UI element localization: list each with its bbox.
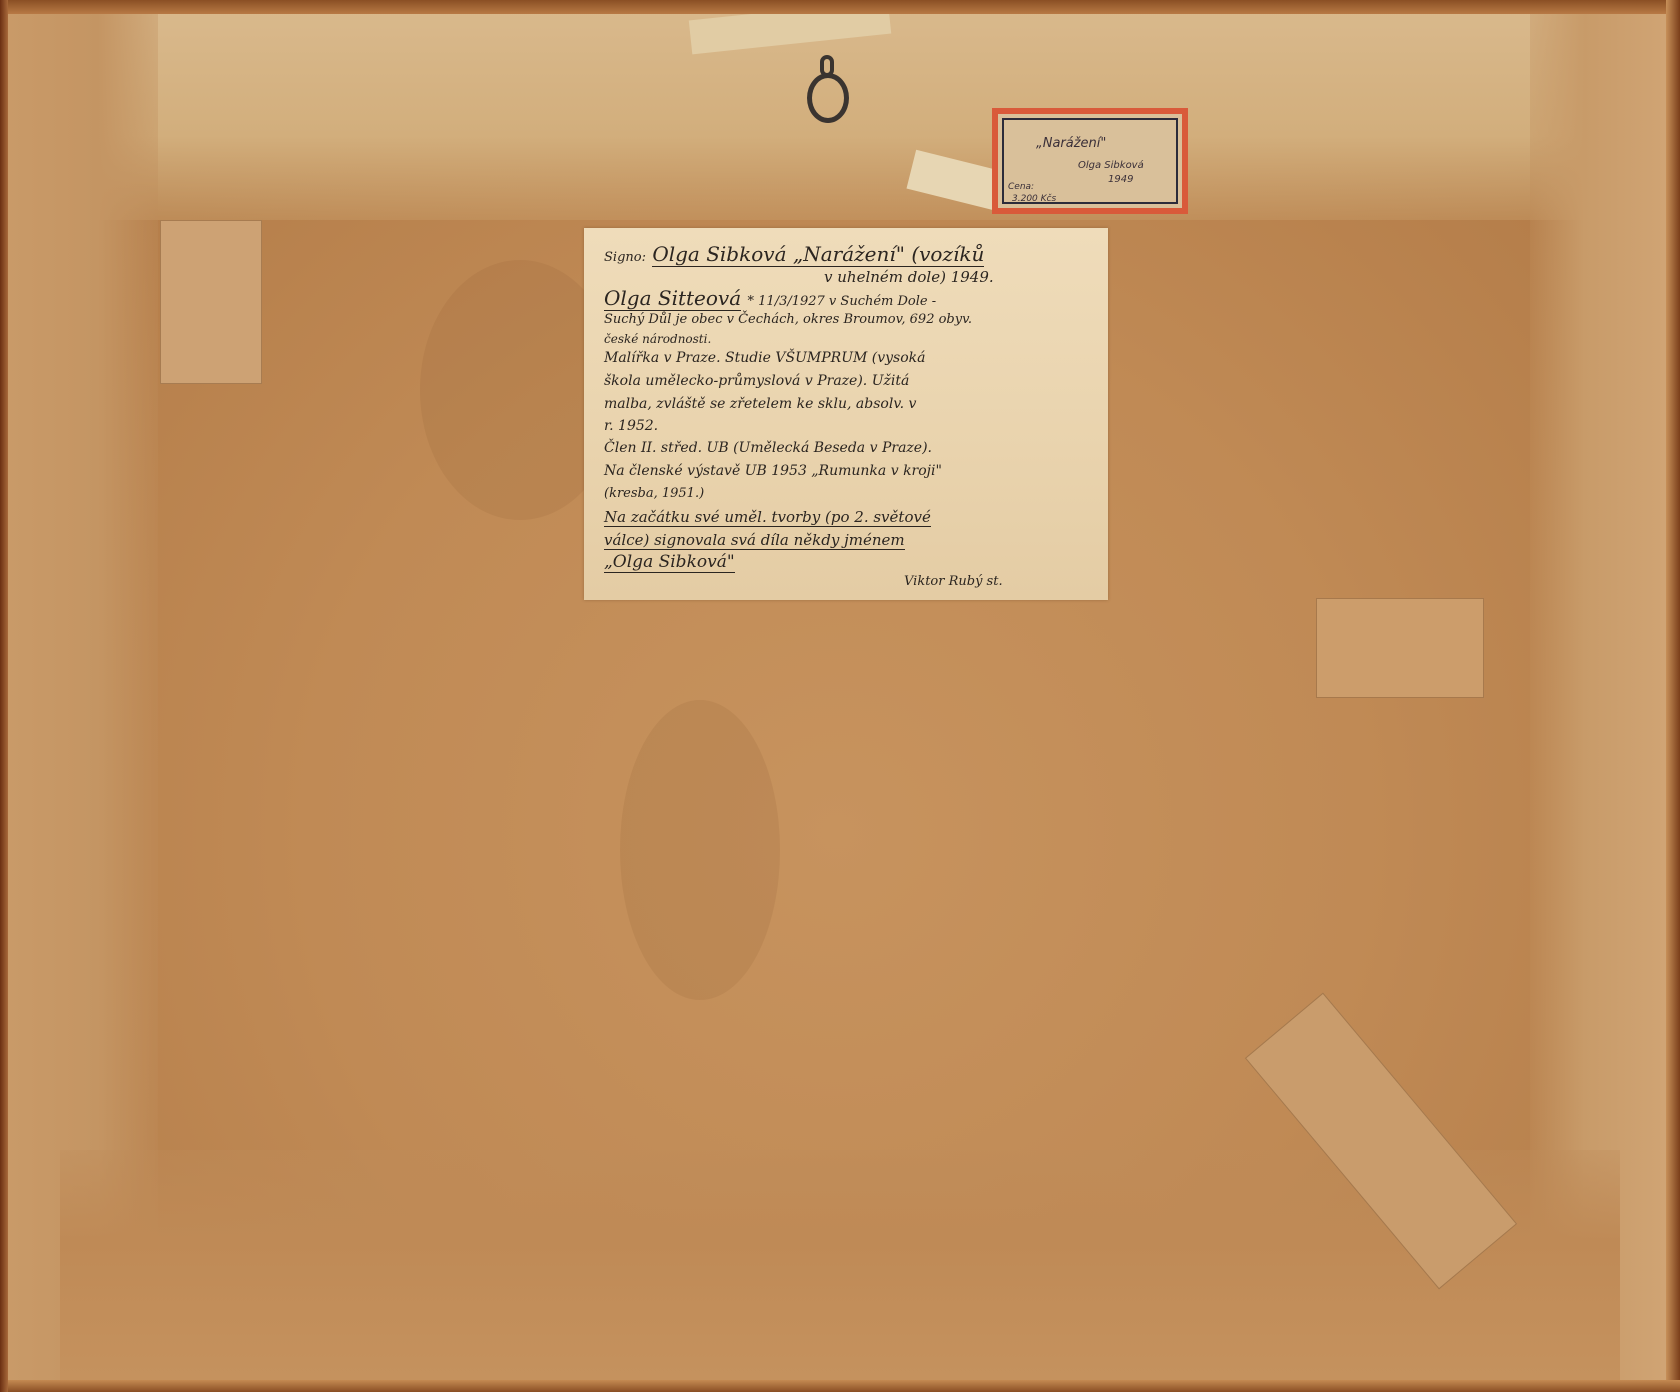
- note-line-3: Olga Sitteová * 11/3/1927 v Suchém Dole …: [604, 286, 936, 310]
- note-line-11: Na členské výstavě UB 1953 „Rumunka v kr…: [604, 463, 942, 479]
- handwritten-note: Signo: Olga Sibková „Narážení" (vozíků v…: [584, 228, 1108, 600]
- price-label: „Narážení" Olga Sibková 1949 Cena: 3.200…: [992, 108, 1188, 214]
- note-line-10: Člen II. střed. UB (Umělecká Beseda v Pr…: [604, 440, 932, 456]
- frame-top-edge: [0, 0, 1680, 14]
- note-line-7: škola umělecko-průmyslová v Praze). Užit…: [604, 373, 909, 389]
- ring-hanger-icon: [803, 55, 859, 135]
- paper-patch-left: [160, 220, 262, 384]
- note-line-13: Na začátku své uměl. tvorby (po 2. světo…: [604, 508, 931, 527]
- price-label-year: 1949: [1108, 174, 1133, 185]
- signo-text: Olga Sibková „Narážení" (vozíků: [652, 242, 984, 267]
- ring-loop: [807, 73, 849, 123]
- note-line-2: v uhelném dole) 1949.: [824, 268, 994, 286]
- frame-bottom-edge: [0, 1380, 1680, 1392]
- paper-patch-right: [1316, 598, 1484, 698]
- price-label-cena: Cena:: [1008, 182, 1034, 192]
- price-label-title: „Narážení": [1036, 136, 1106, 151]
- artist-name: Olga Sitteová: [604, 286, 741, 311]
- note-line-4: Suchý Důl je obec v Čechách, okres Broum…: [604, 312, 972, 327]
- note-line-1: Signo: Olga Sibková „Narážení" (vozíků: [604, 242, 984, 266]
- note-line-14: válce) signovala svá díla někdy jménem: [604, 531, 905, 550]
- painting-back-photo: „Narážení" Olga Sibková 1949 Cena: 3.200…: [0, 0, 1680, 1392]
- price-label-artist: Olga Sibková: [1078, 160, 1144, 171]
- frame-left-edge: [0, 0, 8, 1392]
- note-line-12: (kresba, 1951.): [604, 486, 704, 501]
- birth-info: * 11/3/1927 v Suchém Dole -: [748, 294, 937, 309]
- note-line-9: r. 1952.: [604, 418, 658, 434]
- note-line-5: české národnosti.: [604, 332, 711, 346]
- water-stain: [620, 700, 780, 1000]
- note-line-8: malba, zvláště se zřetelem ke sklu, abso…: [604, 396, 916, 412]
- signature: Viktor Rubý st.: [904, 574, 1003, 589]
- note-line-15: „Olga Sibková": [604, 552, 735, 573]
- price-label-value: 3.200 Kčs: [1012, 194, 1056, 204]
- frame-right-edge: [1666, 0, 1680, 1392]
- note-line-6: Malířka v Praze. Studie VŠUMPRUM (vysoká: [604, 350, 926, 366]
- signo-prefix: Signo:: [604, 250, 646, 265]
